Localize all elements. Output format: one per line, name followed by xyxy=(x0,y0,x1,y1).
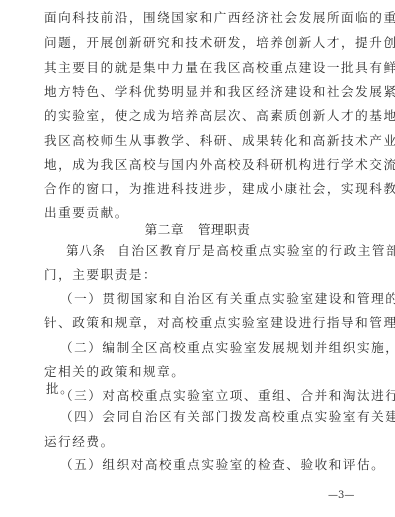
body-text-line: 的实验室，使之成为培养高层次、高素质创新人才的基地，成为 xyxy=(44,108,360,124)
body-text-line: 地方特色、学科优势明显并和我区经济建设和社会发展紧密结合 xyxy=(44,84,360,100)
duty-item-4-cont: 运行经费。 xyxy=(44,434,360,450)
document-page: 面向科技前沿，围绕国家和广西经济社会发展所面临的重要科技 问题，开展创新研究和技… xyxy=(0,0,395,517)
page-number: —3— xyxy=(328,490,354,502)
body-text-line: 问题，开展创新研究和技术研发，培养创新人才，提升创新能力。 xyxy=(44,35,360,51)
body-text-line: 门，主要职责是： xyxy=(44,267,360,283)
duty-item-1: （一）贯彻国家和自治区有关重点实验室建设和管理的方 xyxy=(60,291,360,307)
chapter-heading: 第二章管理职责 xyxy=(0,222,395,238)
chapter-title: 管理职责 xyxy=(198,222,250,237)
duty-item-1-cont: 针、政策和规章，对高校重点实验室建设进行指导和管理。 xyxy=(44,315,360,331)
body-text-line: 地，成为我区高校与国内外高校及科研机构进行学术交流和科研 xyxy=(44,157,360,173)
duty-item-2: （二）编制全区高校重点实验室发展规划并组织实施，制 xyxy=(60,340,360,356)
duty-item-3-cont: 批。 xyxy=(46,381,362,397)
article-label: 第八条 xyxy=(66,243,105,258)
duty-item-2-cont: 定相关的政策和规章。 xyxy=(44,364,360,380)
duty-item-5: （五）组织对高校重点实验室的检查、验收和评估。 xyxy=(60,457,360,473)
body-text-line: 面向科技前沿，围绕国家和广西经济社会发展所面临的重要科技 xyxy=(44,10,360,26)
body-text-line: 我区高校师生从事教学、科研、成果转化和高新技术产业化的基 xyxy=(44,133,360,149)
article-text: 自治区教育厅是高校重点实验室的行政主管部 xyxy=(117,243,395,258)
body-text-line: 其主要目的就是集中力量在我区高校重点建设一批具有鲜明的 xyxy=(44,60,360,76)
body-text-line: 出重要贡献。 xyxy=(44,205,360,221)
article-line: 第八条自治区教育厅是高校重点实验室的行政主管部 xyxy=(66,243,360,259)
body-text-line: 合作的窗口，为推进科技进步，建成小康社会，实现科教兴桂做 xyxy=(44,181,360,197)
duty-item-4: （四）会同自治区有关部门拨发高校重点实验室有关建设和 xyxy=(60,409,360,425)
chapter-number: 第二章 xyxy=(145,222,184,237)
